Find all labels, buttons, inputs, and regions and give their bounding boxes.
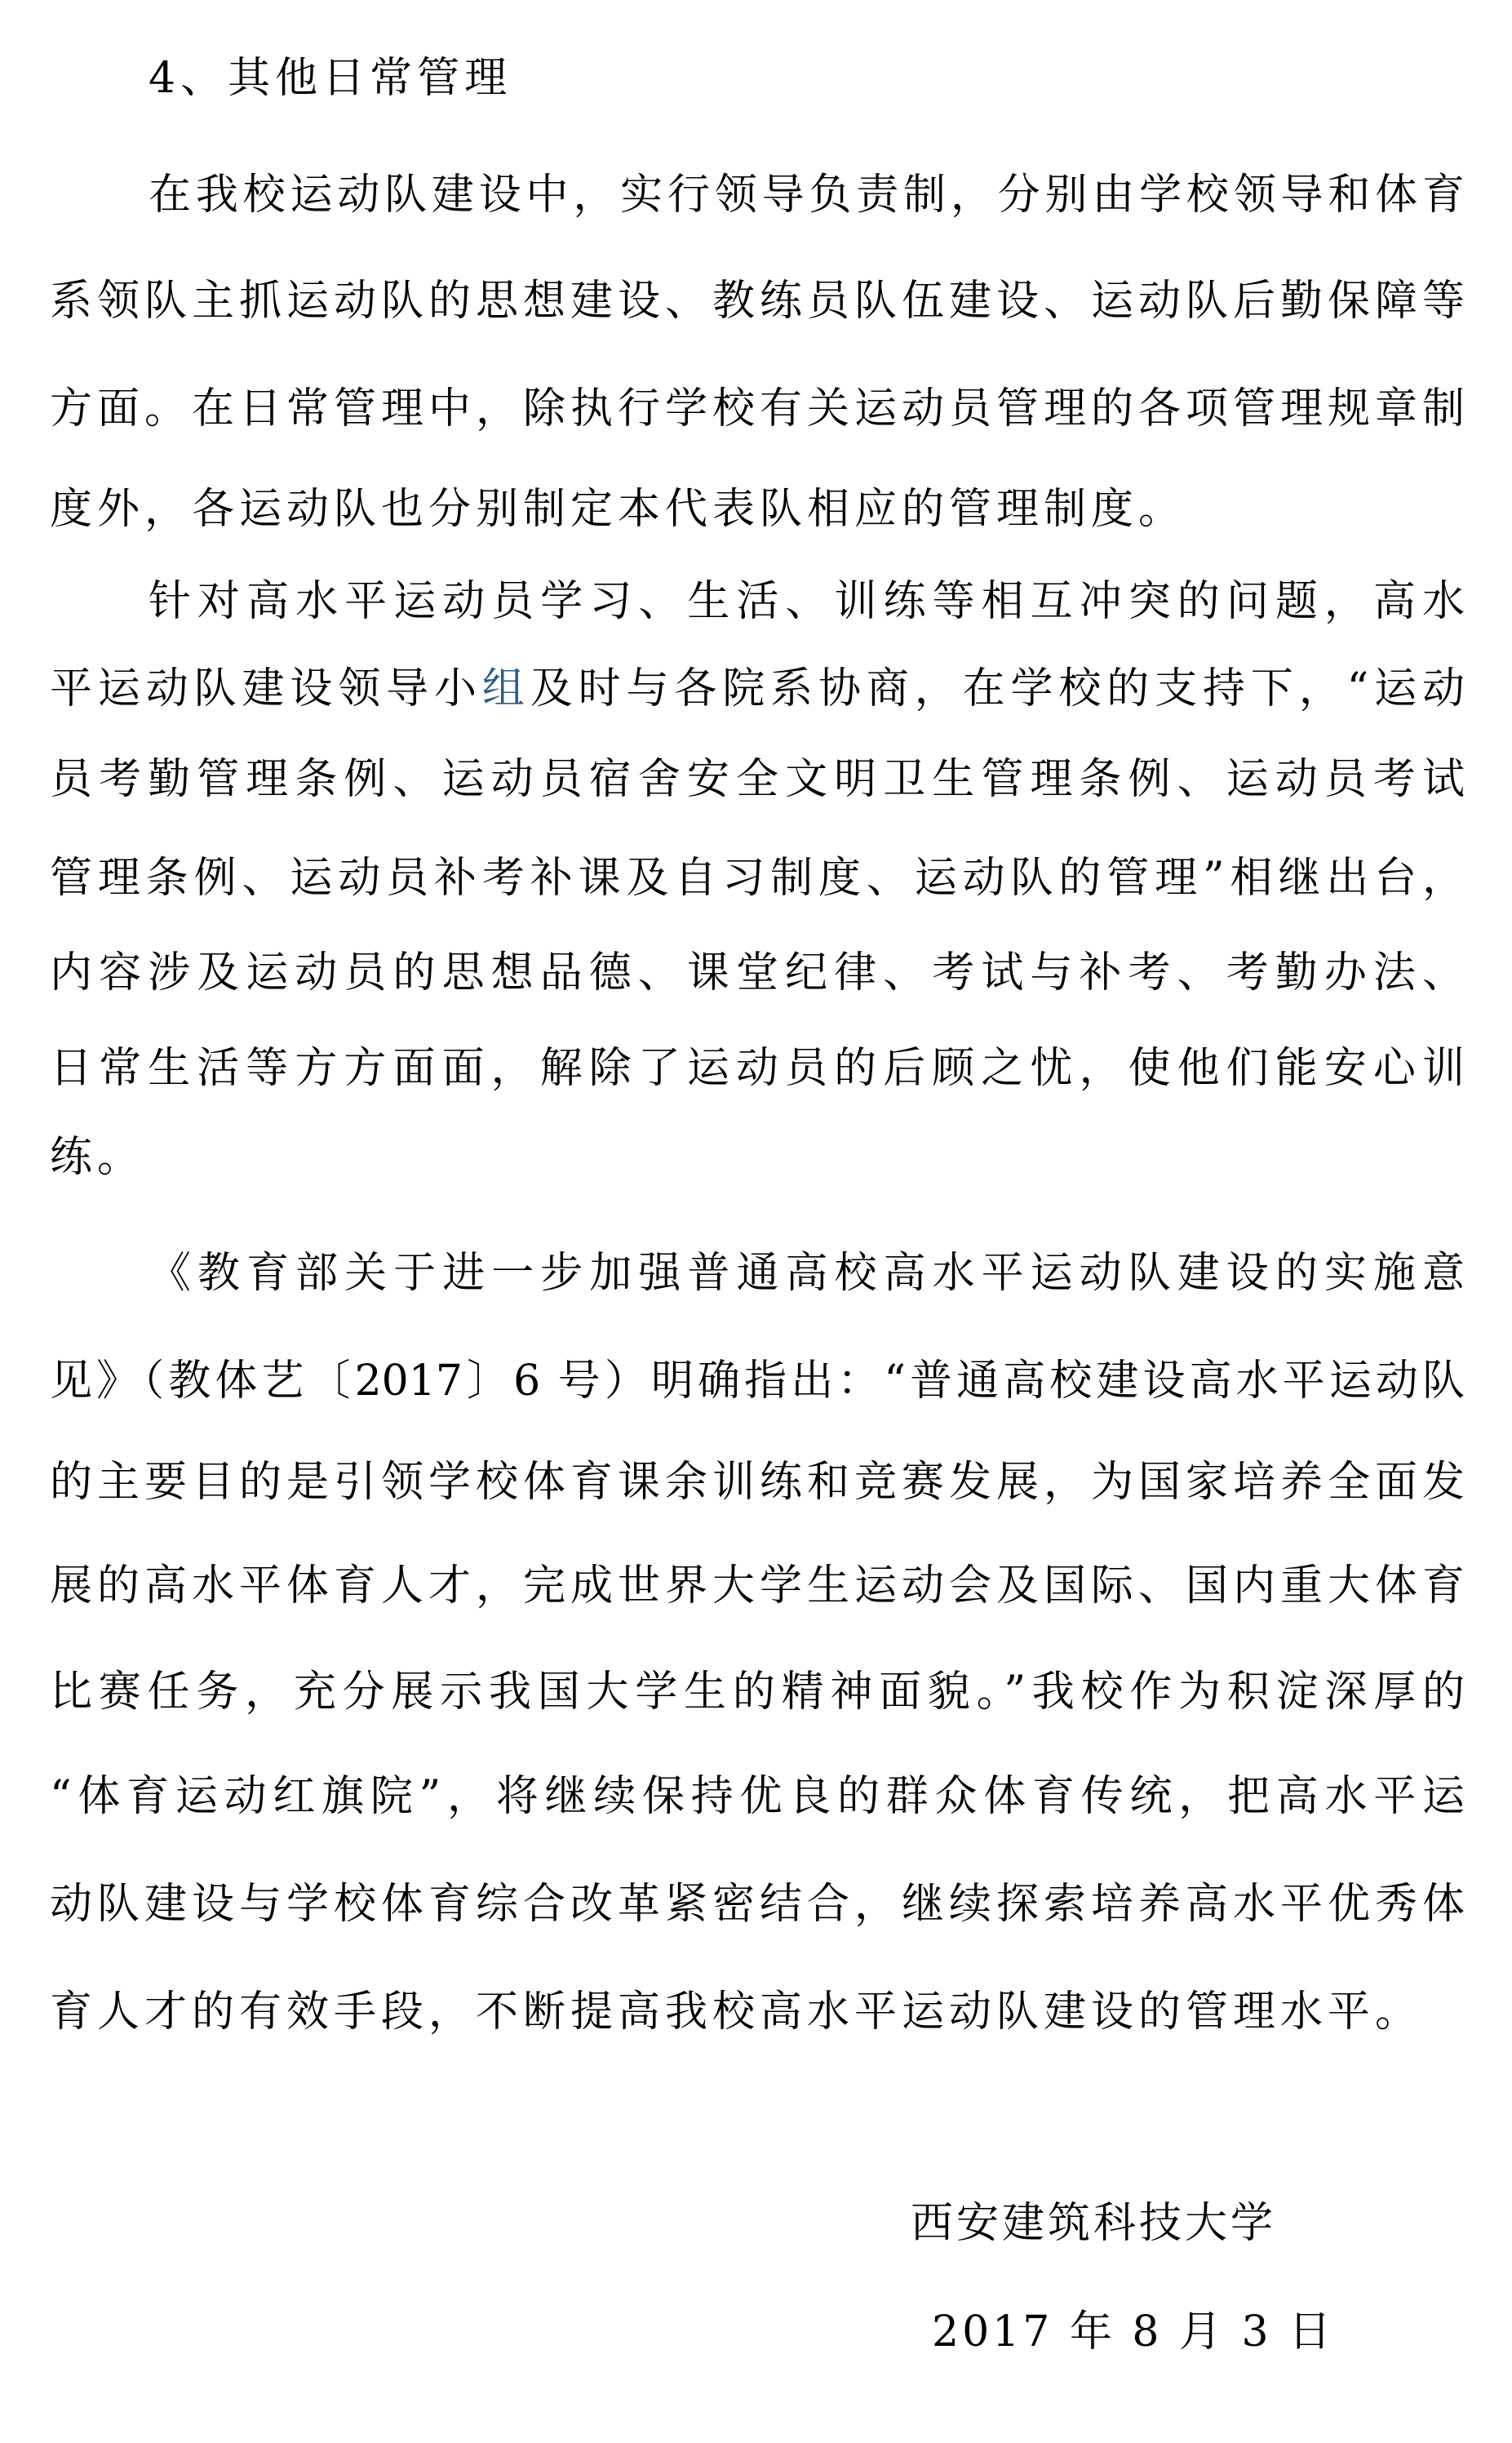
paragraph-line: 员考勤管理条例、运动员宿舍安全文明卫生管理条例、运动员考试 bbox=[50, 755, 1465, 804]
paragraph-line: 管理条例、运动员补考补课及自习制度、运动队的管理”相继出台， bbox=[50, 854, 1465, 903]
paragraph-line: 日常生活等方方面面，解除了运动员的后顾之忧，使他们能安心训 bbox=[50, 1044, 1465, 1093]
section-heading: 4、其他日常管理 bbox=[149, 54, 512, 103]
paragraph-line: “体育运动红旗院”，将继续保持优良的群众体育传统，把高水平运 bbox=[50, 1772, 1465, 1821]
signature-organization: 西安建筑科技大学 bbox=[911, 2199, 1276, 2248]
text-segment: 及时与各院系协商，在学校的支持下，“运动 bbox=[530, 664, 1465, 713]
highlighted-character: 组 bbox=[482, 664, 530, 713]
paragraph-line: 系领队主抓运动队的思想建设、教练员队伍建设、运动队后勤保障等 bbox=[50, 277, 1465, 326]
signature-date: 2017 年 8 月 3 日 bbox=[932, 2308, 1334, 2356]
paragraph-line: 度外，各运动队也分别制定本代表队相应的管理制度。 bbox=[50, 485, 1186, 534]
paragraph-line: 内容涉及运动员的思想品德、课堂纪律、考试与补考、考勤办法、 bbox=[50, 948, 1465, 997]
paragraph-line: 展的高水平体育人才，完成世界大学生运动会及国际、国内重大体育 bbox=[50, 1561, 1465, 1610]
paragraph-line: 的主要目的是引领学校体育课余训练和竞赛发展，为国家培养全面发 bbox=[50, 1458, 1465, 1507]
paragraph-line: 育人才的有效手段，不断提高我校高水平运动队建设的管理水平。 bbox=[50, 1988, 1422, 2037]
paragraph-line: 比赛任务，充分展示我国大学生的精神面貌。”我校作为积淀深厚的 bbox=[50, 1668, 1465, 1717]
paragraph-line: 《教育部关于进一步加强普通高校高水平运动队建设的实施意 bbox=[149, 1249, 1465, 1298]
paragraph-line: 动队建设与学校体育综合改革紧密结合，继续探索培养高水平优秀体 bbox=[50, 1880, 1465, 1929]
text-segment: 平运动队建设领导小 bbox=[50, 664, 482, 713]
paragraph-line: 针对高水平运动员学习、生活、训练等相互冲突的问题，高水 bbox=[149, 577, 1465, 626]
paragraph-line: 方面。在日常管理中，除执行学校有关运动员管理的各项管理规章制 bbox=[50, 384, 1465, 433]
paragraph-line: 练。 bbox=[50, 1133, 144, 1182]
paragraph-line: 见》（教体艺〔2017〕6 号）明确指出：“普通高校建设高水平运动队 bbox=[50, 1357, 1465, 1406]
paragraph-line: 在我校运动队建设中，实行领导负责制，分别由学校领导和体育 bbox=[149, 171, 1465, 220]
paragraph-line: 平运动队建设领导小组及时与各院系协商，在学校的支持下，“运动 bbox=[50, 664, 1465, 713]
